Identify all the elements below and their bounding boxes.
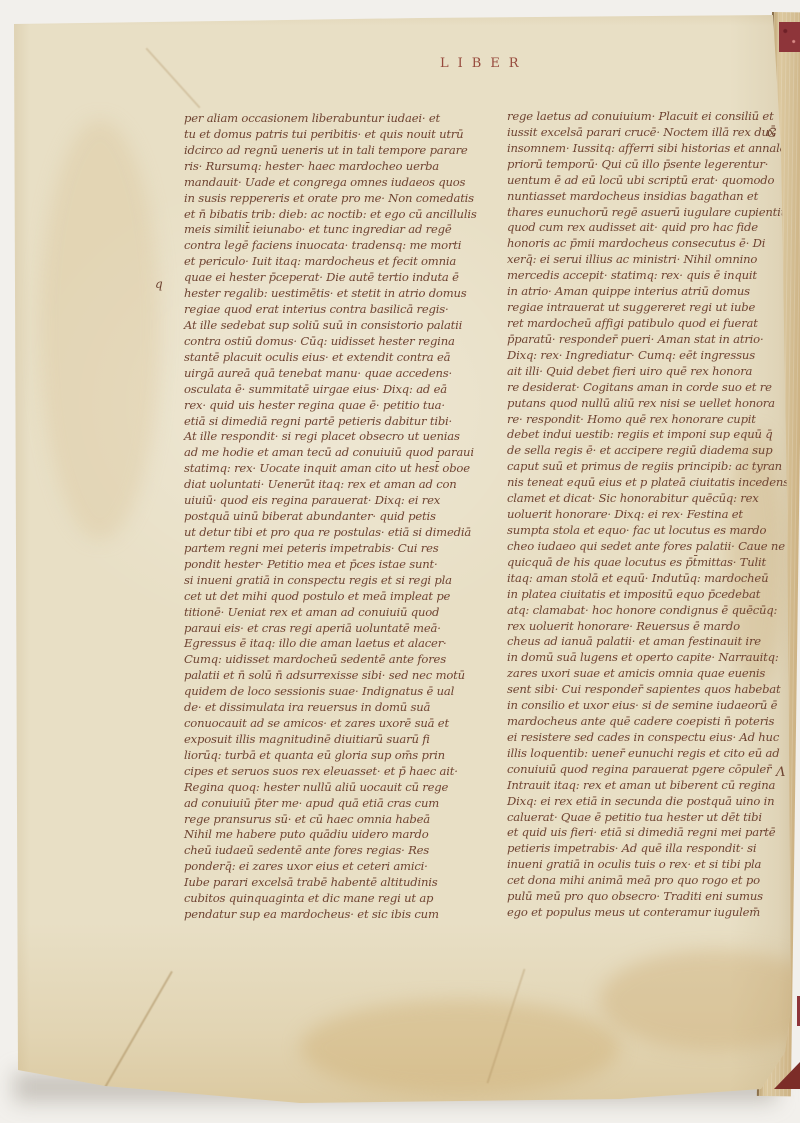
text-line: in susis reppereris et orate pro me· Non… <box>184 191 476 207</box>
text-line: re desiderat· Cogitans aman in corde suo… <box>507 380 791 396</box>
text-line: rege pransurus sū· et cū haec omnia habe… <box>184 812 476 828</box>
text-line: clamet et dicat· Sic honorabitur quēcūq:… <box>507 491 791 507</box>
manuscript-page: LIBER per aliam occasionem liberabuntur … <box>0 0 800 1123</box>
text-line: diat uoluntati· Uenerūt itaq: rex et ama… <box>184 477 476 493</box>
text-line: At ille respondit· si regi placet obsecr… <box>184 429 476 445</box>
text-line: ait illi· Quid debet fieri uiro quē rex … <box>507 364 791 380</box>
text-line: ego et populus meus ut conteramur iugule… <box>507 905 791 921</box>
text-line: meis similit̄ ieiunabo· et tunc ingredia… <box>184 222 476 238</box>
text-line: et n̄ bibatis trib: dieb: ac noctib: et … <box>184 207 476 223</box>
text-line: paraui eis· et cras regi aperiā uoluntat… <box>184 621 476 637</box>
text-line: cubitos quinquaginta et dic mane regi ut… <box>184 891 476 907</box>
text-line: itaq: aman stolā et equū· Indutūq: mardo… <box>507 571 791 587</box>
text-line: ponderq̄: ei zares uxor eius et ceteri a… <box>184 859 476 875</box>
text-line: palatii et n̄ solū n̄ adsurrexisse sibi·… <box>184 668 476 684</box>
text-line: rex· quid uis hester regina quae ē· peti… <box>184 398 476 414</box>
text-line: quidem de loco sessionis suae· Indignatu… <box>184 684 476 700</box>
text-line: si inueni gratiā in conspectu regis et s… <box>184 573 476 589</box>
text-line: Iube parari excelsā trabē habentē altitu… <box>184 875 476 891</box>
text-line: et periculo· Iuit itaq: mardocheus et fe… <box>184 254 476 270</box>
text-line: thares eunuchorū regē asuerū iugulare cu… <box>507 205 791 221</box>
text-column-right: rege laetus ad conuiuium· Placuit ei con… <box>507 109 791 921</box>
text-line: in platea ciuitatis et impositū equo p̄c… <box>507 587 791 603</box>
text-line: ad me hodie et aman tecū ad conuiuiū quo… <box>184 445 476 461</box>
text-line: pendatur sup ea mardocheus· et sic ibis … <box>184 907 476 923</box>
text-line: cheus ad ianuā palatii· et aman festinau… <box>507 634 791 650</box>
text-line: Dixq: ei rex etiā in secunda die postquā… <box>507 794 791 810</box>
text-line: mercedis accepit· statimq: rex· quis ē i… <box>507 268 791 284</box>
text-line: titionē· Ueniat rex et aman ad conuiuiū … <box>184 605 476 621</box>
text-line: contra legē faciens inuocata· tradensq: … <box>184 238 476 254</box>
text-line: quae ei hester p̄ceperat· Die autē terti… <box>184 270 476 286</box>
text-line: quicquā de his quae locutus es p̄t̄mitta… <box>507 555 791 571</box>
text-line: Egressus ē itaq: illo die aman laetus et… <box>184 636 476 652</box>
parchment-stain <box>300 1000 620 1095</box>
text-line: in consilio et uxor eius· si de semine i… <box>507 698 791 714</box>
text-column-left: per aliam occasionem liberabuntur iudaei… <box>184 111 476 923</box>
text-line: ret mardocheū affigi patibulo quod ei fu… <box>507 316 791 332</box>
text-line: ris· Rursumq: hester· haec mardocheo uer… <box>184 159 476 175</box>
text-line: Cumq: uidisset mardocheū sedentē ante fo… <box>184 652 476 668</box>
binding-red-top <box>779 22 800 52</box>
text-line: ad conuiuiū p̄ter me· apud quā etiā cras… <box>184 796 476 812</box>
text-line: cet ut det mihi quod postulo et meā impl… <box>184 589 476 605</box>
text-line: quod cum rex audisset ait· quid pro hac … <box>507 220 791 236</box>
text-line: debet indui uestib: regiis et imponi sup… <box>507 427 791 443</box>
text-line: in atrio· Aman quippe interius atriū dom… <box>507 284 791 300</box>
text-line: caput suū et primus de regiis principib:… <box>507 459 791 475</box>
text-line: Regina quoq: hester nullū aliū uocauit c… <box>184 780 476 796</box>
text-line: Intrauit itaq: rex et aman ut biberent c… <box>507 778 791 794</box>
text-line: stantē placuit oculis eius· et extendit … <box>184 350 476 366</box>
text-line: idcirco ad regnū ueneris ut in tali temp… <box>184 143 476 159</box>
text-line: regiae quod erat interius contra basilic… <box>184 302 476 318</box>
parchment-crease <box>101 971 173 1093</box>
text-line: pondit hester· Petitio mea et p̄ces ista… <box>184 557 476 573</box>
marginal-nota-g: Ḡ <box>767 126 777 140</box>
text-line: inueni gratiā in oculis tuis o rex· et s… <box>507 857 791 873</box>
text-line: contra ostiū domus· Cūq: uidisset hester… <box>184 334 476 350</box>
text-line: caluerat· Quae ē petitio tua hester ut d… <box>507 810 791 826</box>
running-title: LIBER <box>440 56 528 71</box>
text-line: de· et dissimulata ira reuersus in domū … <box>184 700 476 716</box>
text-line: et quid uis fieri· etiā si dimediā regni… <box>507 825 791 841</box>
text-line: sent sibi· Cui responder̄ sapientes quos… <box>507 682 791 698</box>
text-line: atq: clamabat· hoc honore condignus ē qu… <box>507 603 791 619</box>
text-line: uirgā aureā quā tenebat manu· quae acced… <box>184 366 476 382</box>
text-line: regiae intrauerat ut suggereret regi ut … <box>507 300 791 316</box>
text-line: honoris ac p̄mii mardocheus consecutus ē… <box>507 236 791 252</box>
marginal-nota-q: q <box>155 277 163 291</box>
text-line: postquā uinū biberat abundanter· quid pe… <box>184 509 476 525</box>
parchment-stain <box>600 950 800 1050</box>
text-line: mardocheus ante quē cadere coepisti n̄ p… <box>507 714 791 730</box>
manuscript-photo: LIBER per aliam occasionem liberabuntur … <box>0 0 800 1123</box>
text-line: ei resistere sed cades in conspectu eius… <box>507 730 791 746</box>
parchment-crease <box>145 48 200 109</box>
text-line: etiā si dimediā regni partē petieris dab… <box>184 414 476 430</box>
text-line: partem regni mei peteris impetrabis· Cui… <box>184 541 476 557</box>
text-line: nis teneat equū eius et p plateā ciuitat… <box>507 475 791 491</box>
text-line: conuiuiū quod regina parauerat pgere cōp… <box>507 762 791 778</box>
parchment-stain <box>40 120 160 540</box>
text-line: iussit excelsā parari crucē· Noctem illā… <box>507 125 791 141</box>
marginal-nota-caret: Λ <box>776 765 785 780</box>
text-line: re· respondit· Homo quē rex honorare cup… <box>507 412 791 428</box>
text-line: osculata ē· summitatē uirgae eius· Dixq:… <box>184 382 476 398</box>
text-line: de sella regis ē· et accipere regiū diad… <box>507 443 791 459</box>
text-line: Dixq: rex· Ingrediatur· Cumq: eēt ingres… <box>507 348 791 364</box>
text-line: petieris impetrabis· Ad quē illa respond… <box>507 841 791 857</box>
text-line: liorūq: turbā et quanta eū gloria sup om… <box>184 748 476 764</box>
text-line: ut detur tibi et pro qua re postulas· et… <box>184 525 476 541</box>
text-line: Nihil me habere puto quādiu uidero mardo <box>184 827 476 843</box>
text-line: xerq̄: ei serui illius ac ministri· Nihi… <box>507 252 791 268</box>
text-line: conuocauit ad se amicos· et zares uxorē … <box>184 716 476 732</box>
text-line: mandauit· Uade et congrega omnes iudaeos… <box>184 175 476 191</box>
text-line: statimq: rex· Uocate inquit aman cito ut… <box>184 461 476 477</box>
text-line: cipes et seruos suos rex eleuasset· et p… <box>184 764 476 780</box>
text-line: tu et domus patris tui peribitis· et qui… <box>184 127 476 143</box>
text-line: rex uoluerit honorare· Reuersus ē mardo <box>507 619 791 635</box>
text-line: per aliam occasionem liberabuntur iudaei… <box>184 111 476 127</box>
text-line: At ille sedebat sup soliū suū in consist… <box>184 318 476 334</box>
text-line: illis loquentib: uener̄ eunuchi regis et… <box>507 746 791 762</box>
text-line: p̄paratū· responder̄ pueri· Aman stat in… <box>507 332 791 348</box>
text-line: hester regalib: uestimētis· et stetit in… <box>184 286 476 302</box>
text-line: cheū iudaeū sedentē ante fores regias· R… <box>184 843 476 859</box>
text-line: cet dona mihi animā meā pro quo rogo et … <box>507 873 791 889</box>
text-line: putans quod nullū aliū rex nisi se uelle… <box>507 396 791 412</box>
text-line: exposuit illis magnitudinē diuitiarū sua… <box>184 732 476 748</box>
text-line: uentum ē ad eū locū ubi scriptū erat· qu… <box>507 173 791 189</box>
text-line: priorū temporū· Qui cū illo p̄sente lege… <box>507 157 791 173</box>
text-line: cheo iudaeo qui sedet ante fores palatii… <box>507 539 791 555</box>
text-line: rege laetus ad conuiuium· Placuit ei con… <box>507 109 791 125</box>
text-line: pulū meū pro quo obsecro· Traditi eni su… <box>507 889 791 905</box>
text-line: sumpta stola et equo· fac ut locutus es … <box>507 523 791 539</box>
text-line: zares uxori suae et amicis omnia quae eu… <box>507 666 791 682</box>
text-line: uiuiū· quod eis regina parauerat· Dixq: … <box>184 493 476 509</box>
text-line: nuntiasset mardocheus insidias bagathan … <box>507 189 791 205</box>
text-line: in domū suā lugens et operto capite· Nar… <box>507 650 791 666</box>
text-line: uoluerit honorare· Dixq: ei rex· Festina… <box>507 507 791 523</box>
text-line: insomnem· Iussitq: afferri sibi historia… <box>507 141 791 157</box>
